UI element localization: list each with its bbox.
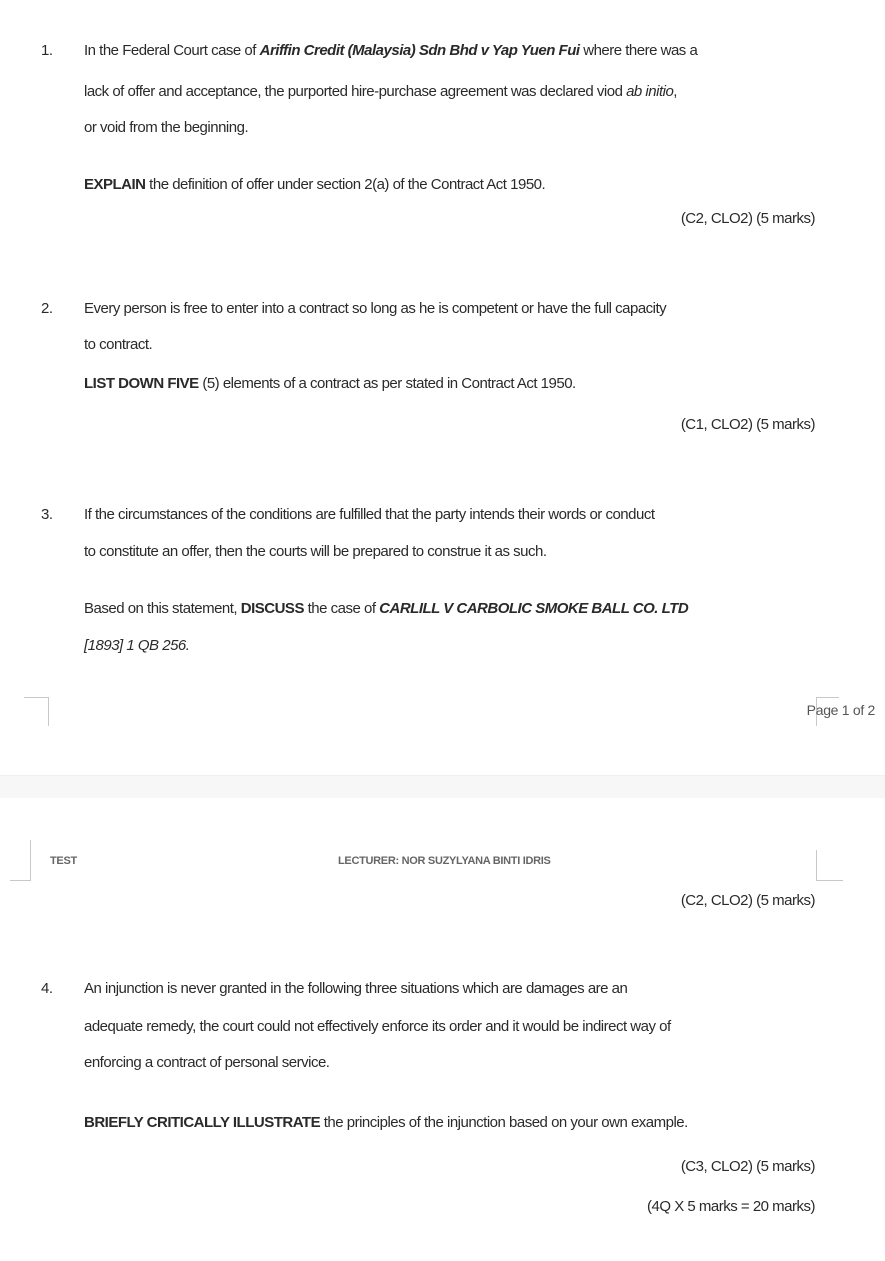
question-2-line-1: Every person is free to enter into a con… xyxy=(84,300,815,317)
question-3-citation: [1893] 1 QB 256. xyxy=(84,637,815,654)
question-1-line-3: or void from the beginning. xyxy=(84,119,815,136)
page-separator xyxy=(0,775,885,799)
question-3-marks: (C2, CLO2) (5 marks) xyxy=(681,892,815,909)
header-test-label: TEST xyxy=(50,855,77,867)
question-1-line-1: In the Federal Court case of Ariffin Cre… xyxy=(84,42,815,59)
question-2-marks: (C1, CLO2) (5 marks) xyxy=(681,416,815,433)
header-lecturer: LECTURER: NOR SUZYLYANA BINTI IDRIS xyxy=(338,855,551,867)
page-indicator: Page 1 of 2 xyxy=(807,702,875,718)
total-marks: (4Q X 5 marks = 20 marks) xyxy=(647,1198,815,1215)
question-2-line-2: to contract. xyxy=(84,336,815,353)
crop-mark-bottom-left xyxy=(10,840,31,881)
question-3-number: 3. xyxy=(41,506,53,523)
question-1-marks: (C2, CLO2) (5 marks) xyxy=(681,210,815,227)
question-1-number: 1. xyxy=(41,42,53,59)
question-3-line-1: If the circumstances of the conditions a… xyxy=(84,506,815,523)
question-2-number: 2. xyxy=(41,300,53,317)
document-page-2: TEST LECTURER: NOR SUZYLYANA BINTI IDRIS… xyxy=(0,798,885,1261)
case-name-carlill: CARLILL V CARBOLIC SMOKE BALL CO. LTD xyxy=(379,600,688,617)
crop-mark-bottom-right xyxy=(816,850,843,881)
question-4-marks: (C3, CLO2) (5 marks) xyxy=(681,1158,815,1175)
question-4-line-3: enforcing a contract of personal service… xyxy=(84,1054,815,1071)
question-3-instruction: Based on this statement, DISCUSS the cas… xyxy=(84,600,815,617)
question-1-line-2: lack of offer and acceptance, the purpor… xyxy=(84,83,815,100)
question-4-line-1: An injunction is never granted in the fo… xyxy=(84,980,815,997)
question-2-instruction: LIST DOWN FIVE (5) elements of a contrac… xyxy=(84,375,815,392)
question-1-instruction: EXPLAIN the definition of offer under se… xyxy=(84,176,815,193)
case-name-ariffin: Ariffin Credit (Malaysia) Sdn Bhd v Yap … xyxy=(260,42,580,59)
question-4-line-2: adequate remedy, the court could not eff… xyxy=(84,1018,815,1035)
question-4-number: 4. xyxy=(41,980,53,997)
question-4-instruction: BRIEFLY CRITICALLY ILLUSTRATE the princi… xyxy=(84,1114,815,1131)
document-page-1: 1. In the Federal Court case of Ariffin … xyxy=(0,0,885,775)
question-3-line-2: to constitute an offer, then the courts … xyxy=(84,543,815,560)
crop-mark-top-left xyxy=(24,697,49,726)
